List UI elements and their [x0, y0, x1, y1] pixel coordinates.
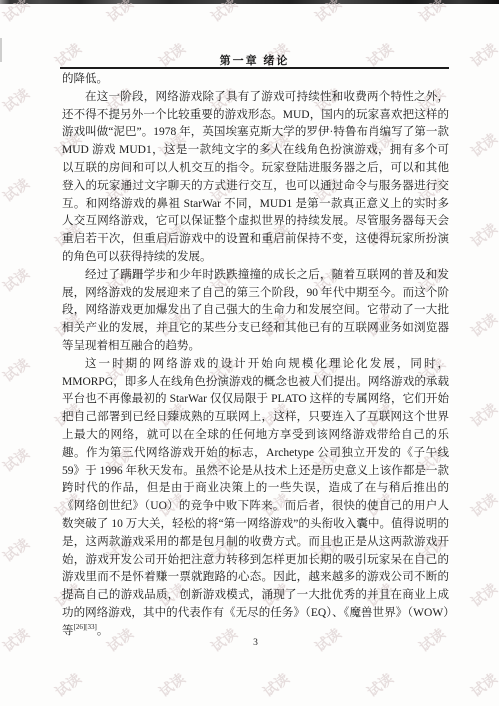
- watermark-stamp: 试读: [0, 534, 33, 567]
- body-paragraph-4: 这一时期的网络游戏的设计开始向规模化理论化发展，同时，MMORPG，即多人在线角…: [62, 356, 449, 641]
- citation-reference: [26][33]: [74, 623, 97, 631]
- watermark-stamp: 试读: [0, 624, 33, 657]
- watermark-stamp: 试读: [467, 39, 499, 72]
- page-number: 3: [62, 638, 449, 648]
- watermark-stamp: 试读: [0, 84, 33, 117]
- body-text: 的降低。 在这一阶段，网络游戏除了具有了游戏可持续性和收费两个特性之外，还不得不…: [62, 71, 449, 641]
- watermark-stamp: 试读: [259, 669, 293, 702]
- watermark-stamp: 试读: [467, 579, 499, 612]
- body-paragraph-3: 经过了蹒跚学步和少年时跌跌撞撞的成长之后，随着互联网的普及和发展，网络游戏的发展…: [62, 267, 449, 356]
- watermark-stamp: 试读: [51, 669, 85, 702]
- scan-left-artifact: [0, 38, 2, 62]
- header-rule: [60, 67, 449, 69]
- body-paragraph-2: 在这一阶段，网络游戏除了具有了游戏可持续性和收费两个特性之外，还不得不提另外一个…: [62, 89, 449, 267]
- watermark-stamp: 试读: [0, 354, 33, 387]
- watermark-stamp: 试读: [0, 444, 33, 477]
- watermark-stamp: 试读: [467, 219, 499, 252]
- watermark-stamp: 试读: [363, 669, 397, 702]
- watermark-stamp: 试读: [467, 399, 499, 432]
- paragraph-4-text: 这一时期的网络游戏的设计开始向规模化理论化发展，同时，MMORPG，即多人在线角…: [62, 358, 449, 637]
- watermark-stamp: 试读: [467, 129, 499, 162]
- watermark-stamp: 试读: [467, 309, 499, 342]
- chapter-title: 第一章 绪论: [60, 52, 449, 68]
- body-paragraph-1: 的降低。: [62, 71, 449, 89]
- watermark-stamp: 试读: [467, 489, 499, 522]
- document-page: 试读试读试读试读试读试读试读试读试读试读试读试读试读试读试读试读试读试读试读试读…: [0, 0, 499, 706]
- watermark-stamp: 试读: [0, 174, 33, 207]
- paragraph-4-tail: 。: [97, 625, 109, 637]
- scan-edge-artifact: [0, 0, 499, 4]
- watermark-stamp: 试读: [467, 669, 499, 702]
- watermark-stamp: 试读: [0, 264, 33, 297]
- watermark-stamp: 试读: [155, 669, 189, 702]
